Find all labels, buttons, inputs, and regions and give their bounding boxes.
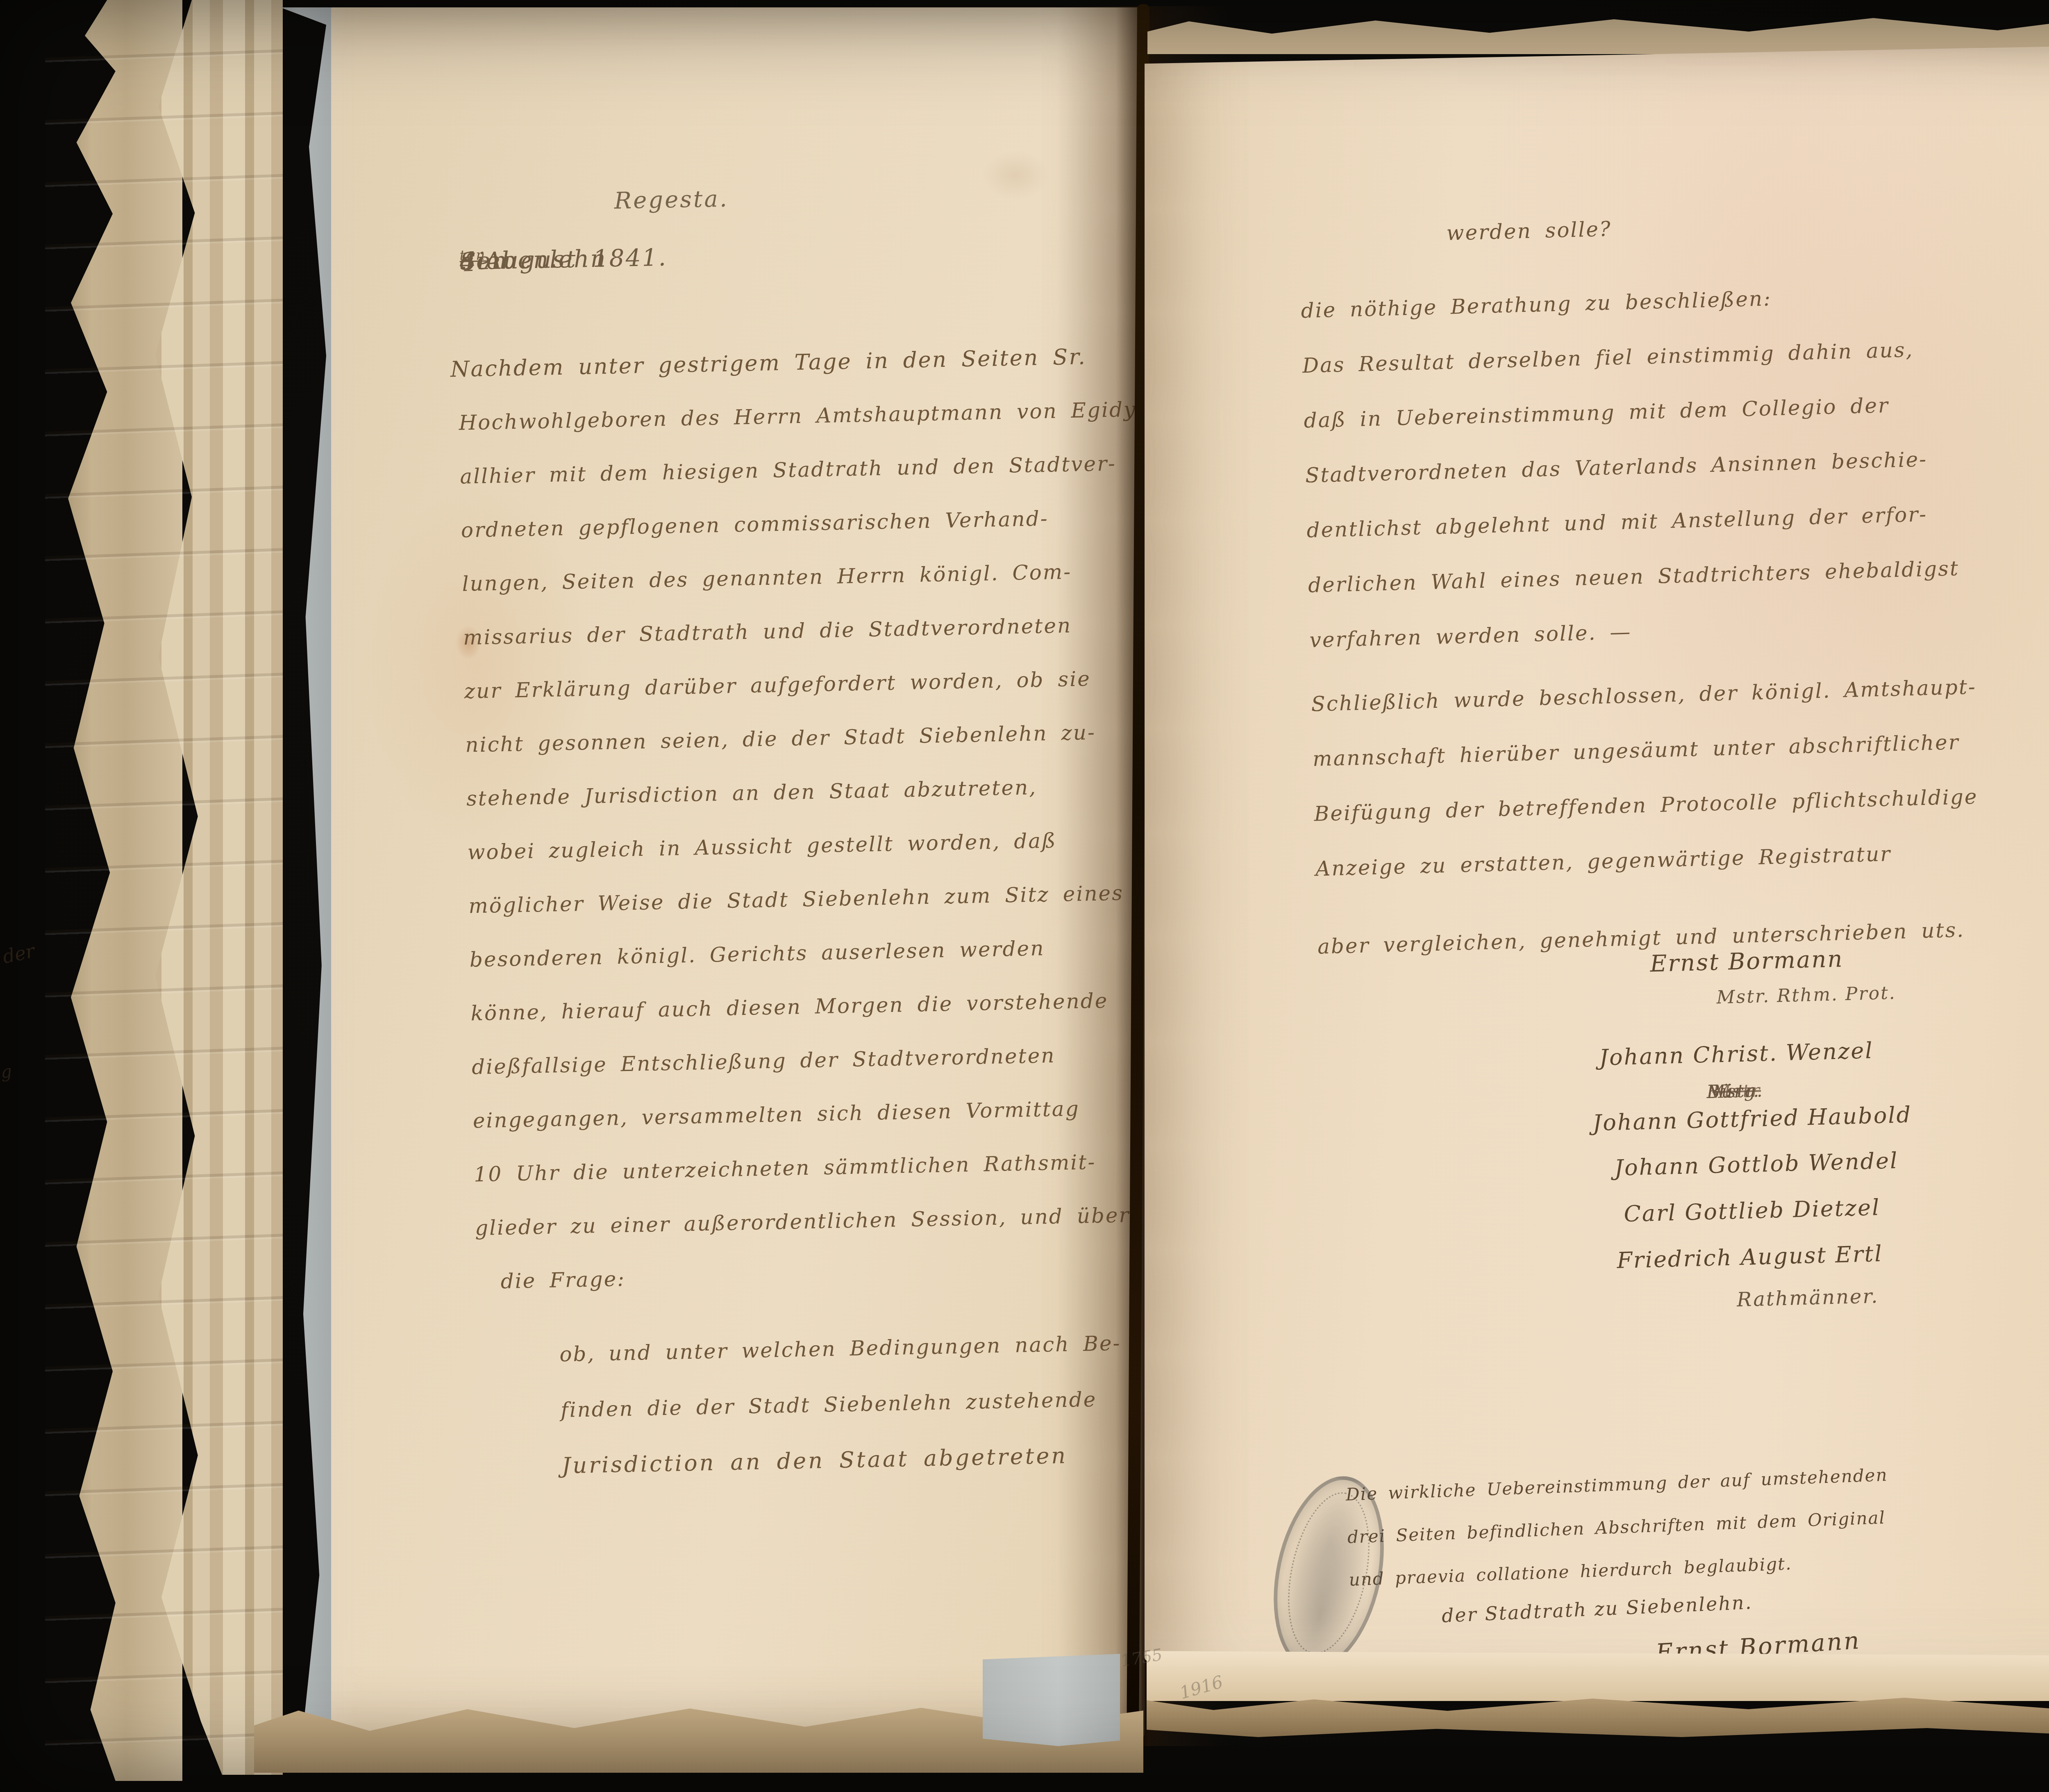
signature-name: Johann Gottlob Wendel xyxy=(1614,1142,2049,1181)
signature-name: Johann Gottfried Haubold xyxy=(1592,1096,2049,1136)
attestation-closing: der Stadtrath zu Siebenlehn. xyxy=(1441,1591,1753,1627)
right-page-top-edge-behind xyxy=(1147,13,2049,54)
right-page: werden solle?die nöthige Berathung zu be… xyxy=(1145,44,2049,1661)
entry-heading: Regesta. xyxy=(614,185,729,214)
signature-title: Bürg.MstrMstr. xyxy=(1706,1071,2049,1082)
right-page-body: werden solle?die nöthige Berathung zu be… xyxy=(1298,188,2049,974)
left-edge-ink-fragment: g xyxy=(0,1061,13,1082)
right-page-bottom-curl xyxy=(1147,1651,2049,1701)
signature-name: Carl Gottlieb Dietzel xyxy=(1624,1188,2049,1227)
right-bottom-page-edges xyxy=(1147,1696,2049,1737)
right-page-writing-block: werden solle?die nöthige Berathung zu be… xyxy=(1138,23,2049,1666)
signatures-block: Ernst Bormann Mstr. Rthm. Prot. Johann C… xyxy=(1580,938,2049,1315)
attestation-block: Die wirkliche Uebereinstimmung der auf u… xyxy=(1345,1444,2049,1601)
bottom-gray-interleaf xyxy=(983,1654,1120,1746)
left-edge-ink-fragment: der xyxy=(0,939,36,968)
left-torn-page-edges-outer xyxy=(43,0,182,1781)
archival-photo-open-manuscript-book: Regesta. Siebenlehn den 4ten . August 18… xyxy=(0,0,2049,1792)
signatures-group-label: Rathmänner. xyxy=(1736,1278,2049,1311)
signature-title: Mstr. Rthm. Prot. xyxy=(1716,976,2049,1008)
signature-name: Johann Christ. Wenzel xyxy=(1599,1031,2049,1070)
signature-name: Friedrich August Ertl xyxy=(1617,1234,2049,1274)
manuscript-line: werden solle? xyxy=(1446,188,2049,261)
left-page-writing-block: Regesta. Siebenlehn den 4ten . August 18… xyxy=(328,1,1176,1749)
left-page: Regesta. Siebenlehn den 4ten . August 18… xyxy=(331,7,1145,1739)
dateline-month-year: . August 1841. xyxy=(459,243,667,275)
